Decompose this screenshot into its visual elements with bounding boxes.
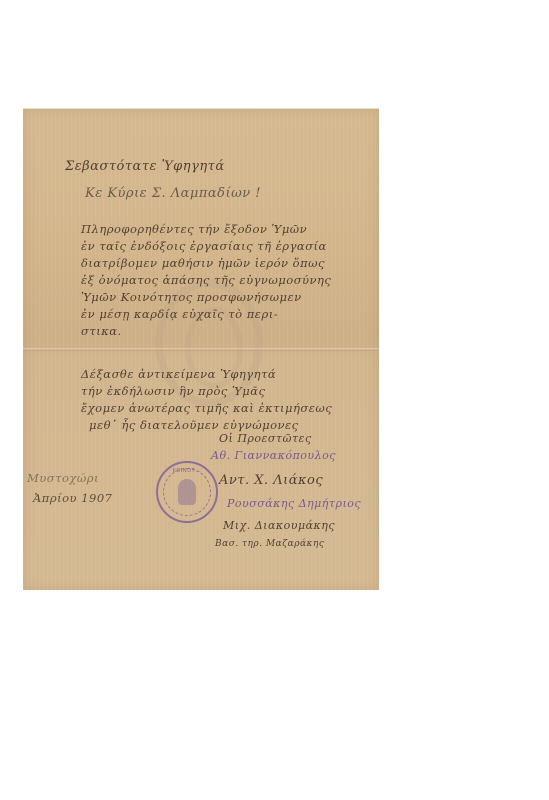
stamp-text: ΚΟΙΝΟΤ... — [164, 468, 210, 474]
body-line: ἐν μέσῃ καρδίᾳ εὐχαῖς τὸ περι- — [81, 307, 278, 321]
document-page: Σεβαστότατε Ὑφηγητά Κε Κύριε Σ. Λαμπαδίω… — [23, 108, 379, 590]
closing-line: τήν ἐκδήλωσιν ἣν πρὸς Ὑμᾶς — [81, 384, 265, 398]
signoff: Οἱ Προεστῶτες — [219, 432, 312, 445]
signature: Αντ. Χ. Λιάκος — [219, 473, 323, 488]
signature: Ρουσσάκης Δημήτριος — [227, 497, 361, 510]
closing-line: ἔχομεν ἀνωτέρας τιμῆς καὶ ἐκτιμήσεως — [81, 401, 332, 415]
signature: Μιχ. Διακουμάκης — [223, 519, 335, 532]
closing-line: Δέξασθε ἀντικείμενα Ὑφηγητά — [81, 367, 276, 381]
body-line: ἐν ταῖς ἐνδόξοις ἐργασίαις τῆ ἐργασία — [81, 239, 327, 253]
fold-crease — [23, 348, 379, 351]
signature: Βασ. τηρ. Μαζαράκης — [215, 539, 324, 549]
date: Ἀπρίου 1907 — [33, 491, 112, 505]
official-stamp: ΚΟΙΝΟΤ... — [156, 461, 218, 523]
closing-line: μεθ᾽ ἧς διατελοῦμεν εὐγνώμονες — [89, 418, 299, 432]
salutation: Σεβαστότατε Ὑφηγητά — [65, 159, 225, 174]
addressee: Κε Κύριε Σ. Λαμπαδίων ! — [85, 186, 261, 201]
signature: Αθ. Γιαννακόπουλος — [211, 449, 336, 462]
place: Μυστοχώρι — [27, 471, 99, 485]
stamp-figure-icon — [178, 479, 196, 505]
body-line: Πληροφορηθέντες τήν ἔξοδον Ὑμῶν — [81, 222, 307, 236]
body-line: ἐξ ὀνόματος ἁπάσης τῆς εὐγνωμοσύνης — [81, 273, 331, 287]
body-line: διατρίβομεν μαθήσιν ἡμῶν ἱερόν ὅπως — [81, 256, 325, 270]
body-line: Ὑμῶν Κοινότητος προσφωνήσωμεν — [81, 290, 302, 304]
body-line: στικα. — [81, 324, 122, 338]
